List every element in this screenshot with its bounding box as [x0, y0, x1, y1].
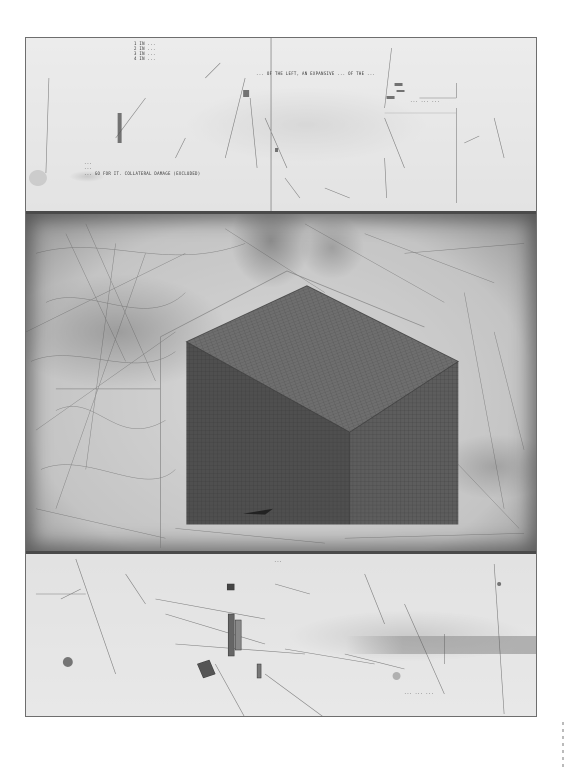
top-right-small-inscription: ... ... ... [410, 98, 440, 103]
top-plate-scratches [26, 38, 536, 211]
top-left-label: ... ... [84, 160, 92, 170]
top-center-inscription: ... OF THE LEFT, AN EXPANSIVE ... OF THE… [256, 71, 375, 76]
paper-edge-mark [562, 722, 564, 767]
bottom-center-inscription: ... [274, 558, 282, 563]
top-plate: 1 IN ... 2 IN ... 3 IN ... 4 IN ... ... … [26, 38, 536, 212]
bottom-right-inscription: ... ... ... [404, 690, 434, 695]
bottom-plate-scratches [26, 554, 536, 717]
middle-plate-drawing [26, 214, 536, 551]
top-list-inscription: 1 IN ... 2 IN ... 3 IN ... 4 IN ... [134, 41, 156, 61]
middle-plate [26, 211, 536, 554]
top-left-caption: ... GO FOR IT. COLLATERAL DAMAGE (EXCLUD… [84, 171, 200, 176]
bottom-plate: ... ... ... ... [26, 554, 536, 717]
artwork-print: 1 IN ... 2 IN ... 3 IN ... 4 IN ... ... … [25, 37, 537, 717]
